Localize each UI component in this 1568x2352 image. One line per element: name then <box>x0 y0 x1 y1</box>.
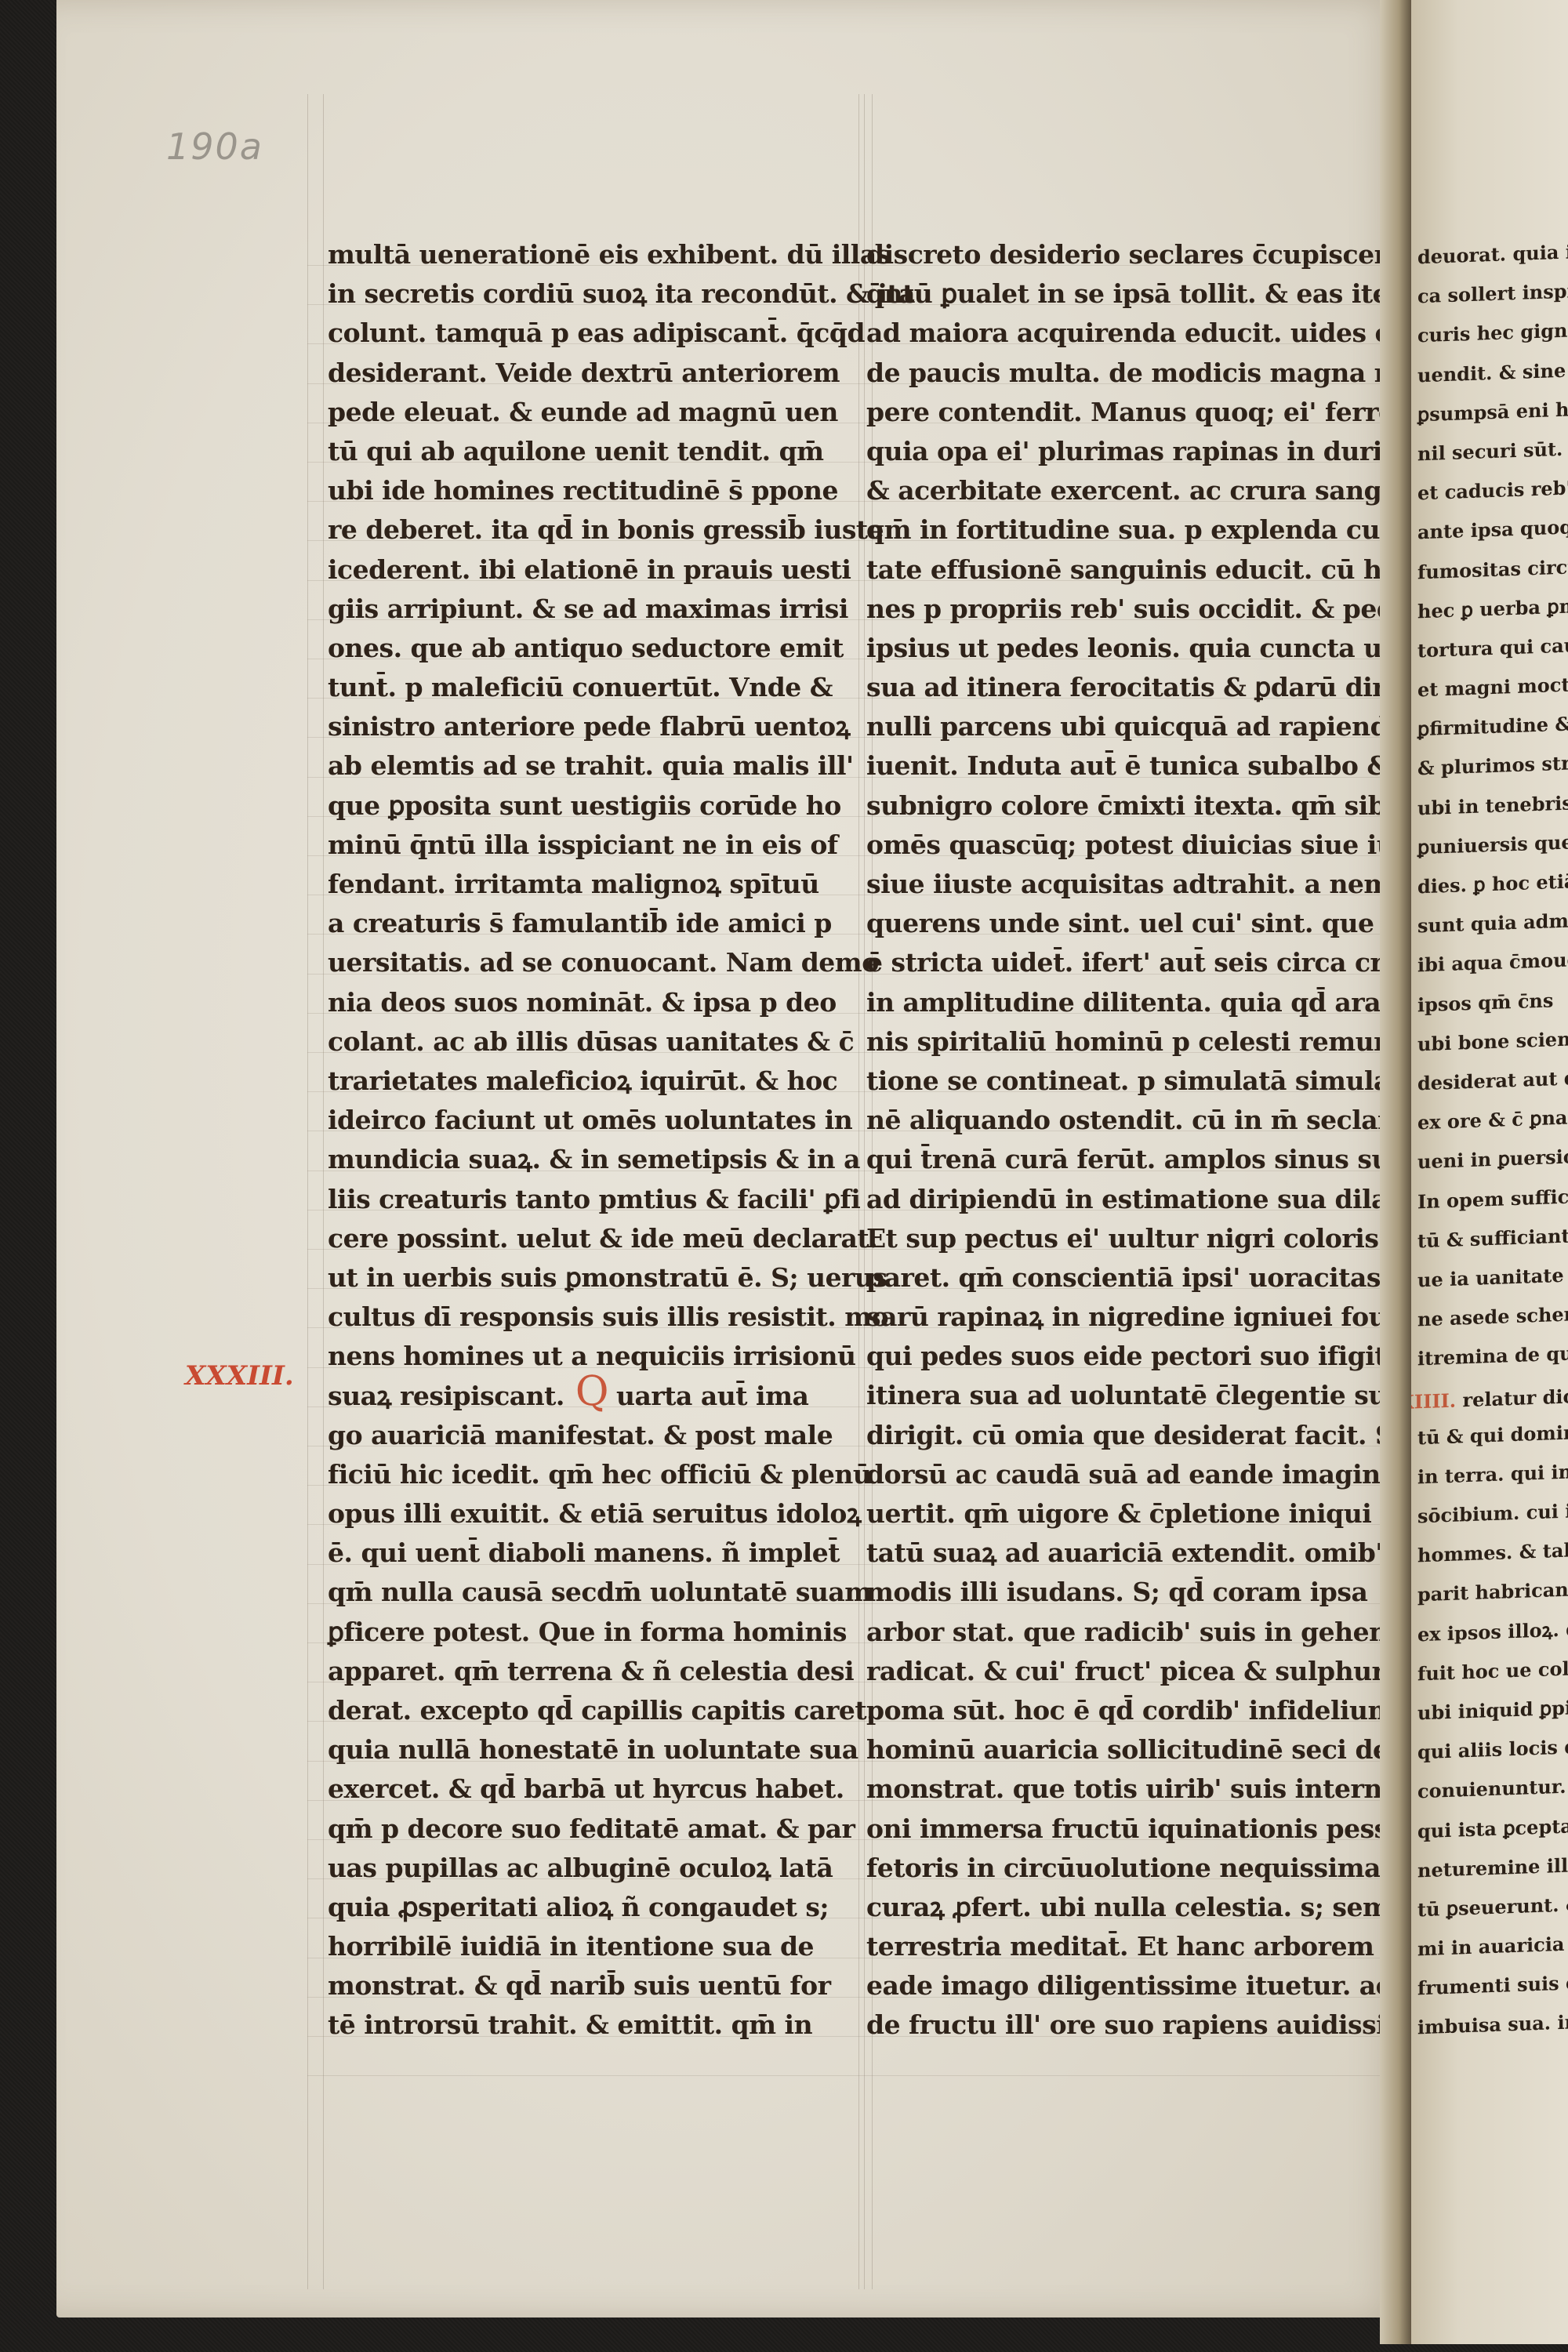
text-line: ad maiora acquirenda educit. uides cū <box>866 314 1399 353</box>
text-line: poma sūt. hoc ē qd̄ cordib' infidelium <box>866 1691 1399 1730</box>
facing-text-line: itremina de quibda <box>1417 1334 1566 1379</box>
text-line: exercet. & qd̄ barbā ut hyrcus habet. <box>328 1769 829 1809</box>
facing-text-line: qui ista ꝑcepta <box>1417 1806 1566 1851</box>
text-line: qm̄ nulla causā secdm̄ uoluntatē suam <box>328 1573 829 1612</box>
line-text: cere possint. uelut & ide meū declarat. <box>328 1223 877 1254</box>
line-text: desiderant. Veide dextrū anteriorem <box>328 358 840 388</box>
line-text: In opem sufficientia <box>1417 1182 1568 1212</box>
line-text: curaꝝ ꝓfert. ubi nulla celestia. s; semp <box>866 1892 1407 1922</box>
text-line: Et sup pectus ei' uultur nigri coloris a… <box>866 1219 1399 1258</box>
line-text: Et sup pectus ei' uultur nigri coloris a… <box>866 1223 1421 1254</box>
line-text: itinera sua ad uoluntatē c̄legentie sue <box>866 1380 1403 1410</box>
text-line: horribilē iuidiā in itentione sua de <box>328 1927 829 1966</box>
right-text-column: discreto desiderio seclares c̄cupiscenti… <box>866 235 1399 2045</box>
line-text: ē stricta uidet̄. ifert' aut̄ seis circa… <box>866 947 1432 978</box>
line-text: mi in auaricia <box>1417 1933 1564 1961</box>
facing-text-line: desiderat aut qd' ipsis <box>1417 1059 1566 1104</box>
facing-text-line: ex ipsos illoꝝ. dui <box>1417 1610 1566 1654</box>
text-line: tatū suaꝝ ad auariciā extendit. omib' <box>866 1534 1399 1573</box>
facing-text-line: dies. ꝑ hoc etiā <box>1417 862 1566 907</box>
text-line: fetoris in circūuolutione nequissimaꝝ <box>866 1849 1399 1888</box>
line-text: & acerbitate exercent. ac crura sanguine… <box>866 475 1469 506</box>
line-text: terrestria meditat̄. Et hanc arborem <box>866 1931 1374 1962</box>
line-text: et caducis reb' suis <box>1417 474 1568 504</box>
text-line: curaꝝ ꝓfert. ubi nulla celestia. s; semp <box>866 1888 1399 1927</box>
facing-text-line: fumositas circūdatur. <box>1417 547 1566 592</box>
line-text: monstrat. que totis uirib' suis internec… <box>866 1773 1423 1804</box>
line-text: sunt quia admodu <box>1417 908 1568 937</box>
text-line: liis creaturis tanto pmtius & facili' ꝑf… <box>328 1180 829 1219</box>
text-line: siue iiuste acquisitas adtrahit. a nemin… <box>866 865 1399 904</box>
text-line: cere possint. uelut & ide meū declarat. <box>328 1219 829 1258</box>
line-text: monstrat. & qd̄ narib̄ suis uentū for <box>328 1970 831 2001</box>
line-text: ꝑsumpsā eni homin <box>1417 396 1568 426</box>
facing-text-column: deuorat. quia in epāca sollert inspicien… <box>1417 235 1566 2045</box>
facing-text-line: tū & sufficiant sic <box>1417 1216 1566 1261</box>
text-line: in secretis cordiū suoꝝ ita recondūt. & … <box>328 274 829 314</box>
facing-text-line: ante ipsa quoq; <box>1417 508 1566 553</box>
line-text: colunt. tamquā p eas adipiscant̄. q̄cq̄d <box>328 318 865 348</box>
text-line: derat. excepto qd̄ capillis capitis care… <box>328 1691 829 1730</box>
line-text: nia deos suos nomināt. & ipsa p deo <box>328 987 837 1018</box>
line-text: tū ꝑseuerunt. & qui <box>1417 1891 1568 1921</box>
text-line: a creaturis s̄ famulantib̄ ide amici p <box>328 904 829 943</box>
text-line: qm̄ p decore suo feditatē amat. & par <box>328 1809 829 1849</box>
line-text: de fructu ill' ore suo rapiens auidissim… <box>866 2009 1428 2040</box>
facing-text-line: ubi in tenebris ill <box>1417 783 1566 828</box>
text-line: tū qui ab aquilone uenit tendit. qm̄ <box>328 432 829 471</box>
facing-text-line: imbuisa sua. in ter <box>1417 2003 1566 2048</box>
line-text: apparet. qm̄ terrena & ñ celestia desi <box>328 1656 854 1686</box>
text-line: colant. ac ab illis dūsas uanitates & c̄ <box>328 1022 829 1062</box>
text-line: ab elemtis ad se trahit. quia malis ill' <box>328 746 829 786</box>
text-line: quia ꝓsperitati alioꝝ ñ congaudet s; <box>328 1888 829 1927</box>
facing-text-line: in terra. qui in auri <box>1417 1452 1566 1497</box>
line-text: qm̄ p decore suo feditatē amat. & par <box>328 1813 855 1844</box>
ruling-line <box>323 94 324 2289</box>
line-text: hec ꝑ uerba ꝑmonstru <box>1417 592 1568 622</box>
line-text: minū q̄ntū illa isspiciant ne in eis of <box>328 829 838 860</box>
line-text: ipsos qm̄ c̄ns <box>1417 989 1553 1016</box>
facing-text-line: et magni mocti in <box>1417 666 1566 710</box>
text-line: ꝑficere potest. Que in forma hominis <box>328 1613 829 1652</box>
facing-text-line: frumenti suis exerce <box>1417 1964 1566 2009</box>
line-text: nis spiritaliū hominū p celesti remunera <box>866 1026 1438 1057</box>
line-text: quia ꝓsperitati alioꝝ ñ congaudet s; <box>328 1892 829 1922</box>
text-line: trarietates maleficioꝝ iquirūt. & hoc <box>328 1062 829 1101</box>
line-text: uarta aut̄ ima <box>616 1381 808 1411</box>
text-line: go auariciā manifestat. & post male <box>328 1416 829 1455</box>
ruling-line <box>864 94 865 2289</box>
line-text: iuenit. Induta aut̄ ē tunica subalbo & <box>866 750 1390 781</box>
text-line: arbor stat. que radicib' suis in gehennā <box>866 1613 1399 1652</box>
line-text: sōcibium. cui in <box>1417 1499 1568 1528</box>
line-text: fendant. irritamta malignoꝝ spītuū <box>328 869 819 899</box>
facing-text-line: deuorat. quia in epā <box>1417 233 1566 278</box>
line-text: quia opa ei' plurimas rapinas in duricia <box>866 436 1423 466</box>
facing-text-line: ex ore & c̄ ꝑnaciet <box>1417 1098 1566 1143</box>
text-line: uersitatis. ad se conuocant. Nam demo <box>328 943 829 982</box>
line-text: hominū auaricia sollicitudinē seci de <box>866 1734 1389 1765</box>
line-text: nē aliquando ostendit. cū in m̄ seclares <box>866 1105 1421 1135</box>
text-line: modis illi isudans. S; qd̄ coram ipsa <box>866 1573 1399 1612</box>
line-text: qm̄ nulla causā secdm̄ uoluntatē suam <box>328 1577 872 1607</box>
text-line: oni immersa fructū iquinationis pessimiq… <box>866 1809 1399 1849</box>
text-line: nē aliquando ostendit. cū in m̄ seclares <box>866 1101 1399 1140</box>
line-text: ꝑuniuersis quere <box>1417 829 1568 858</box>
text-line: fendant. irritamta malignoꝝ spītuū <box>328 865 829 904</box>
line-text: nulli parcens ubi quicquā ad rapiendū <box>866 711 1406 742</box>
line-text: imbuisa sua. in ter <box>1417 2009 1568 2039</box>
line-text: ubi in tenebris ill <box>1417 790 1568 819</box>
line-text: quia nullā honestatē in uoluntate sua <box>328 1734 858 1765</box>
text-line: ad diripiendū in estimatione sua dilatat… <box>866 1180 1399 1219</box>
line-text: ut in uerbis suis ꝑmonstratū ē. S; uerus <box>328 1262 887 1293</box>
text-line: terrestria meditat̄. Et hanc arborem <box>866 1927 1399 1966</box>
line-text: poma sūt. hoc ē qd̄ cordib' infidelium <box>866 1695 1395 1726</box>
text-line: uas pupillas ac albuginē oculoꝝ latā <box>328 1849 829 1888</box>
facing-text-line: ubi bone scientie <box>1417 1019 1566 1064</box>
line-text: exercet. & qd̄ barbā ut hyrcus habet. <box>328 1773 844 1804</box>
line-text: uersitatis. ad se conuocant. Nam demo <box>328 947 879 978</box>
text-line: ut in uerbis suis ꝑmonstratū ē. S; uerus <box>328 1258 829 1298</box>
line-text: qui aliis locis qu <box>1417 1735 1568 1764</box>
line-text: icederent. ibi elationē in prauis uesti <box>328 554 851 585</box>
text-line: paret. qm̄ conscientiā ipsi' uoracitas d… <box>866 1258 1399 1298</box>
line-text: multā uenerationē eis exhibent. dū illas <box>328 239 891 270</box>
text-line: eade imago diligentissime ituetur. ac <box>866 1966 1399 2005</box>
line-text: opus illi exuitit. & etiā seruitus idolo… <box>328 1498 861 1529</box>
facing-text-line: ue ia uanitate inolent <box>1417 1256 1566 1301</box>
line-text: et magni mocti in <box>1417 672 1568 701</box>
text-line: que ꝑposita sunt uestigiis corūde ho <box>328 786 829 826</box>
text-line: ficiū hic icedit. qm̄ hec officiū & plen… <box>328 1455 829 1494</box>
line-text: tione se contineat. p simulatā simulatio <box>866 1065 1428 1096</box>
text-line: qm̄ in fortitudine sua. p explenda cupid… <box>866 510 1399 550</box>
line-text: dorsū ac caudā suā ad eande imaginē <box>866 1459 1396 1490</box>
text-line: ideirco faciunt ut omēs uoluntates in <box>328 1101 829 1140</box>
text-line: ones. que ab antiquo seductore emit <box>328 629 829 668</box>
line-text: derat. excepto qd̄ capillis capitis care… <box>328 1695 875 1726</box>
line-text: tunt̄. p maleficiū conuertūt. Vnde & <box>328 672 833 702</box>
chapter-numeral-rubric: XXXIII. <box>185 1360 294 1392</box>
line-text: dirigit. cū omia que desiderat facit. S; <box>866 1420 1403 1450</box>
facing-text-line: mi in auaricia <box>1417 1925 1566 1969</box>
text-line: uertit. qm̄ uigore & c̄pletione iniqui <box>866 1494 1399 1534</box>
line-text: siue iiuste acquisitas adtrahit. a nemin… <box>866 869 1435 899</box>
line-text: sinistro anteriore pede flabrū uentoꝝ <box>328 711 850 742</box>
text-line: quia opa ei' plurimas rapinas in duricia <box>866 432 1399 471</box>
text-line: colunt. tamquā p eas adipiscant̄. q̄cq̄d <box>328 314 829 353</box>
line-text: ab elemtis ad se trahit. quia malis ill' <box>328 750 854 781</box>
text-line: multā uenerationē eis exhibent. dū illas <box>328 235 829 274</box>
line-text: modis illi isudans. S; qd̄ coram ipsa <box>866 1577 1367 1607</box>
line-text: dies. ꝑ hoc etiā <box>1417 869 1568 898</box>
facing-text-line: ca sollert inspiciens <box>1417 272 1566 317</box>
text-line: radicat. & cui' fruct' picea & sulphurea <box>866 1652 1399 1691</box>
line-text: fetoris in circūuolutione nequissimaꝝ <box>866 1853 1396 1883</box>
line-text: trarietates maleficioꝝ iquirūt. & hoc <box>328 1065 837 1096</box>
text-line: & acerbitate exercent. ac crura sanguine… <box>866 471 1399 510</box>
line-text: sarū rapinaꝝ in nigredine igniuei fouet. <box>866 1301 1423 1332</box>
text-line: tē introrsū trahit. & emittit. qm̄ in <box>328 2005 829 2045</box>
line-text: ē. qui uent̄ diaboli manens. ñ implet̄ <box>328 1537 840 1568</box>
text-line: ubi ide homines rectitudinē s̄ ppone <box>328 471 829 510</box>
line-text: liis creaturis tanto pmtius & facili' ꝑf… <box>328 1184 860 1214</box>
facing-text-line: ꝑsumpsā eni homin <box>1417 390 1566 434</box>
line-text: in terra. qui in auri <box>1417 1458 1568 1488</box>
line-text: pere contendit. Manus quoq; ei' ferree s… <box>866 397 1454 427</box>
text-line: ē. qui uent̄ diaboli manens. ñ implet̄ <box>328 1534 829 1573</box>
text-line: in amplitudine dilitenta. quia qd̄ arapi <box>866 983 1399 1022</box>
text-line: tunt̄. p maleficiū conuertūt. Vnde & <box>328 668 829 707</box>
text-line: cultus dī responsis suis illis resistit.… <box>328 1298 829 1337</box>
line-text: frumenti suis exerce <box>1417 1969 1568 2000</box>
line-text: arbor stat. que radicib' suis in gehennā <box>866 1617 1422 1647</box>
line-text: suaꝝ resipiscant. <box>328 1381 564 1411</box>
facing-text-line: fuit hoc ue collis <box>1417 1649 1566 1693</box>
folio-number: 190a <box>166 125 263 168</box>
line-text: desiderat aut qd' ipsis <box>1417 1064 1568 1094</box>
line-text: conuienuntur. ac ꝑ <box>1417 1773 1568 1803</box>
line-text: fumositas circūdatur. <box>1417 553 1568 583</box>
line-text: paret. qm̄ conscientiā ipsi' uoracitas d… <box>866 1262 1425 1293</box>
line-text: qui t̄renā curā ferūt. amplos sinus suos <box>866 1144 1421 1174</box>
line-text: relatur dicens. <box>1462 1384 1568 1412</box>
line-text: tortura qui cau <box>1417 633 1568 662</box>
facing-text-line: XXXIIII. relatur dicens. V bi <box>1411 1373 1566 1419</box>
facing-text-line: hec ꝑ uerba ꝑmonstru <box>1417 586 1566 631</box>
line-text: ubi ide homines rectitudinē s̄ ppone <box>328 475 838 506</box>
line-text: & plurimos strepitu <box>1417 750 1568 779</box>
text-line: opus illi exuitit. & etiā seruitus idolo… <box>328 1494 829 1534</box>
line-text: parit habricant'. & <box>1417 1577 1568 1606</box>
line-text: subnigro colore c̄mixti itexta. qm̄ sibi <box>866 790 1395 821</box>
line-text: in amplitudine dilitenta. quia qd̄ arapi <box>866 987 1408 1018</box>
text-line: tate effusionē sanguinis educit. cū homi <box>866 550 1399 590</box>
text-line: apparet. qm̄ terrena & ñ celestia desi <box>328 1652 829 1691</box>
line-text: ue ia uanitate inolent <box>1417 1261 1568 1291</box>
line-text: giis arripiunt. & se ad maximas irrisi <box>328 593 848 624</box>
decorated-initial-q: Q <box>564 1368 616 1415</box>
facing-text-line: ibi aqua c̄mouent <box>1417 941 1566 985</box>
facing-text-line: tū ꝑseuerunt. & qui <box>1417 1886 1566 1930</box>
line-text: discreto desiderio seclares c̄cupiscenti… <box>866 239 1444 270</box>
line-text: ne asede scheriati <box>1417 1301 1568 1331</box>
line-text: colant. ac ab illis dūsas uanitates & c̄ <box>328 1026 854 1057</box>
text-line: re deberet. ita qd̄ in bonis gressib̄ iu… <box>328 510 829 550</box>
line-text: nil securi sūt. nec <box>1417 436 1568 465</box>
text-line: dorsū ac caudā suā ad eande imaginē <box>866 1455 1399 1494</box>
text-line: tione se contineat. p simulatā simulatio <box>866 1062 1399 1101</box>
line-text: eade imago diligentissime ituetur. ac <box>866 1970 1391 2001</box>
line-text: tē introrsū trahit. & emittit. qm̄ in <box>328 2009 812 2040</box>
line-text: itremina de quibda <box>1417 1341 1568 1370</box>
line-text: qui ista ꝑcepta <box>1417 1814 1568 1842</box>
facing-text-line: tortura qui cau <box>1417 626 1566 671</box>
line-text: tū & sufficiant sic <box>1417 1223 1568 1252</box>
line-text: ꝑfirmitudine & <box>1417 713 1568 741</box>
line-text: q̄ntū ꝑualet in se ipsā tollit. & eas it… <box>866 278 1420 309</box>
line-text: pede eleuat. & eunde ad magnū uen <box>328 397 838 427</box>
line-text: ueni in ꝑuersione sua <box>1417 1143 1568 1174</box>
facing-text-line: ubi iniquid ꝑpinu <box>1417 1689 1566 1733</box>
ruling-line <box>307 2075 1397 2076</box>
facing-text-line: ueni in ꝑuersione sua <box>1417 1138 1566 1182</box>
ruling-line <box>307 94 308 2289</box>
text-line: quia nullā honestatē in uoluntate sua <box>328 1730 829 1769</box>
line-text: ad maiora acquirenda educit. uides cū <box>866 318 1409 348</box>
facing-text-line: qui aliis locis qu <box>1417 1728 1566 1773</box>
line-text: uendit. & sine modo <box>1417 356 1568 386</box>
facing-text-line: sunt quia admodu <box>1417 902 1566 946</box>
line-text: hommes. & tal' simi <box>1417 1537 1568 1566</box>
line-text: in secretis cordiū suoꝝ ita recondūt. & … <box>328 278 915 309</box>
facing-text-line: ne asede scheriati <box>1417 1295 1566 1340</box>
line-text: ex ore & c̄ ꝑnaciet <box>1417 1105 1568 1134</box>
text-line: de paucis multa. de modicis magna reci <box>866 354 1399 393</box>
line-text: ones. que ab antiquo seductore emit <box>328 633 844 663</box>
text-line: dirigit. cū omia que desiderat facit. S; <box>866 1416 1399 1455</box>
text-line: icederent. ibi elationē in prauis uesti <box>328 550 829 590</box>
text-line: qui pedes suos eide pectori suo ifigit. … <box>866 1337 1399 1376</box>
facing-text-line: tū & qui dominant <box>1417 1413 1566 1457</box>
text-line: qui t̄renā curā ferūt. amplos sinus suos <box>866 1140 1399 1179</box>
line-text: ex ipsos illoꝝ. dui <box>1417 1617 1568 1646</box>
facing-text-line: et caducis reb' suis <box>1417 469 1566 514</box>
facing-text-line: hommes. & tal' simi <box>1417 1531 1566 1576</box>
facing-text-line: & plurimos strepitu <box>1417 744 1566 789</box>
facing-text-line: curis hec gignit ini <box>1417 311 1566 356</box>
line-text: sua ad itinera ferocitatis & ꝑdarū dirig… <box>866 672 1443 702</box>
line-text: cultus dī responsis suis illis resistit.… <box>328 1301 888 1332</box>
facing-page-recto: deuorat. quia in epāca sollert inspicien… <box>1411 0 1568 2344</box>
line-text: ca sollert inspiciens <box>1417 278 1568 307</box>
text-line: discreto desiderio seclares c̄cupiscenti… <box>866 235 1399 274</box>
line-text: deuorat. quia in epā <box>1417 238 1568 268</box>
facing-text-line: sōcibium. cui in <box>1417 1492 1566 1537</box>
line-text: de paucis multa. de modicis magna reci <box>866 358 1428 388</box>
text-line: pere contendit. Manus quoq; ei' ferree s… <box>866 393 1399 432</box>
text-line: suaꝝ resipiscant.Quarta aut̄ ima <box>328 1376 829 1415</box>
text-line: mundicia suaꝝ. & in semetipsis & in a <box>328 1140 829 1179</box>
text-line: nulli parcens ubi quicquā ad rapiendū <box>866 707 1399 746</box>
line-text: fuit hoc ue collis <box>1417 1656 1568 1685</box>
facing-text-line: In opem sufficientia <box>1417 1177 1566 1221</box>
line-text: a creaturis s̄ famulantib̄ ide amici p <box>328 908 832 938</box>
line-text: ꝑficere potest. Que in forma hominis <box>328 1617 847 1647</box>
line-text: tatū suaꝝ ad auariciā extendit. omib' <box>866 1537 1383 1568</box>
line-text: ad diripiendū in estimatione sua dilatat… <box>866 1184 1436 1214</box>
facing-text-line: parit habricant'. & <box>1417 1570 1566 1615</box>
line-text: nens homines ut a nequiciis irrisionū <box>328 1341 855 1371</box>
text-line: q̄ntū ꝑualet in se ipsā tollit. & eas it… <box>866 274 1399 314</box>
line-text: go auariciā manifestat. & post male <box>328 1420 833 1450</box>
text-line: monstrat. que totis uirib' suis internec… <box>866 1769 1399 1809</box>
text-line: desiderant. Veide dextrū anteriorem <box>328 354 829 393</box>
text-line: de fructu ill' ore suo rapiens auidissim… <box>866 2005 1399 2045</box>
text-line: nes p propriis reb' suis occidit. & pede… <box>866 590 1399 629</box>
text-line: ē stricta uidet̄. ifert' aut̄ seis circa… <box>866 943 1399 982</box>
text-line: omēs quascūq; potest diuicias siue iuste <box>866 826 1399 865</box>
text-line: sinistro anteriore pede flabrū uentoꝝ <box>328 707 829 746</box>
line-text: uas pupillas ac albuginē oculoꝝ latā <box>328 1853 833 1883</box>
line-text: oni immersa fructū iquinationis pessimiq… <box>866 1813 1461 1844</box>
text-line: subnigro colore c̄mixti itexta. qm̄ sibi <box>866 786 1399 826</box>
line-text: que ꝑposita sunt uestigiis corūde ho <box>328 790 841 821</box>
line-text: tū qui ab aquilone uenit tendit. qm̄ <box>328 436 824 466</box>
text-line: nis spiritaliū hominū p celesti remunera <box>866 1022 1399 1062</box>
facing-text-line: uendit. & sine modo <box>1417 350 1566 395</box>
facing-text-line: ꝑuniuersis quere <box>1417 822 1566 867</box>
line-text: neturemine illa <box>1417 1853 1568 1882</box>
line-text: ibi aqua c̄mouent <box>1417 948 1568 977</box>
text-line: ipsius ut pedes leonis. quia cuncta uest… <box>866 629 1399 668</box>
line-text: uertit. qm̄ uigore & c̄pletione iniqui <box>866 1498 1371 1529</box>
line-text: omēs quascūq; potest diuicias siue iuste <box>866 829 1437 860</box>
line-text: ubi iniquid ꝑpinu <box>1417 1695 1568 1724</box>
line-text: radicat. & cui' fruct' picea & sulphurea <box>866 1656 1417 1686</box>
line-text: horribilē iuidiā in itentione sua de <box>328 1931 814 1962</box>
text-line: nia deos suos nomināt. & ipsa p deo <box>328 983 829 1022</box>
facing-text-line: conuienuntur. ac ꝑ <box>1417 1767 1566 1812</box>
line-text: querens unde sint. uel cui' sint. que su… <box>866 908 1450 938</box>
line-text: ficiū hic icedit. qm̄ hec officiū & plen… <box>328 1459 871 1490</box>
text-line: monstrat. & qd̄ narib̄ suis uentū for <box>328 1966 829 2005</box>
line-text: nes p propriis reb' suis occidit. & pede… <box>866 593 1425 624</box>
text-line: minū q̄ntū illa isspiciant ne in eis of <box>328 826 829 865</box>
left-text-column: multā uenerationē eis exhibent. dū illas… <box>328 235 829 2045</box>
text-line: pede eleuat. & eunde ad magnū uen <box>328 393 829 432</box>
text-line: iuenit. Induta aut̄ ē tunica subalbo & <box>866 746 1399 786</box>
line-text: ideirco faciunt ut omēs uoluntates in <box>328 1105 852 1135</box>
facing-text-line: ipsos qm̄ c̄ns <box>1417 980 1566 1025</box>
line-text: tū & qui dominant <box>1417 1419 1568 1449</box>
facing-text-line: neturemine illa <box>1417 1846 1566 1890</box>
line-text: qm̄ in fortitudine sua. p explenda cupid… <box>866 514 1434 545</box>
line-text: ante ipsa quoq; <box>1417 515 1568 543</box>
facing-chapter-numeral: XXXIIII. <box>1411 1389 1462 1415</box>
text-line: giis arripiunt. & se ad maximas irrisi <box>328 590 829 629</box>
text-line: sua ad itinera ferocitatis & ꝑdarū dirig… <box>866 668 1399 707</box>
line-text: curis hec gignit ini <box>1417 318 1568 347</box>
text-line: itinera sua ad uoluntatē c̄legentie sue <box>866 1376 1399 1415</box>
text-line: querens unde sint. uel cui' sint. que su… <box>866 904 1399 943</box>
line-text: mundicia suaꝝ. & in semetipsis & in a <box>328 1144 860 1174</box>
line-text: qui pedes suos eide pectori suo ifigit. … <box>866 1341 1438 1371</box>
facing-text-line: nil securi sūt. nec <box>1417 430 1566 474</box>
facing-text-line: ꝑfirmitudine & <box>1417 705 1566 750</box>
line-text: tate effusionē sanguinis educit. cū homi <box>866 554 1435 585</box>
text-line: sarū rapinaꝝ in nigredine igniuei fouet. <box>866 1298 1399 1337</box>
text-line: hominū auaricia sollicitudinē seci de <box>866 1730 1399 1769</box>
line-text: ubi bone scientie <box>1417 1026 1568 1055</box>
line-text: re deberet. ita qd̄ in bonis gressib̄ iu… <box>328 514 884 545</box>
